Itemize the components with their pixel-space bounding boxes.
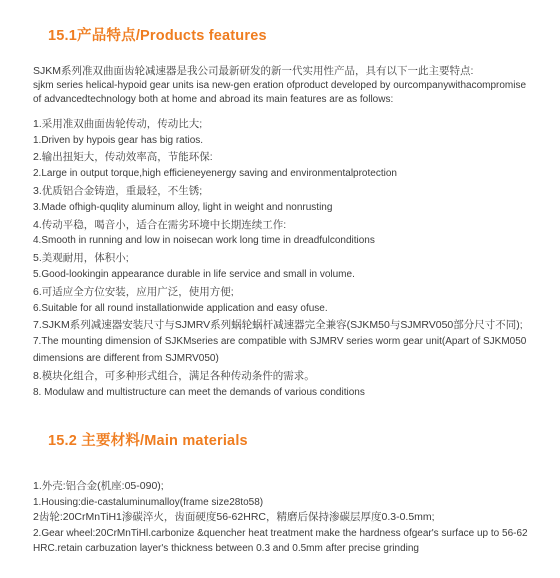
feature-3-en: 3.Made ofhigh-quqlity aluminum alloy, li… (33, 200, 535, 217)
feature-5-en: 5.Good-lookingin appearance durable in l… (33, 267, 535, 284)
feature-item-5: 5.美观耐用，体积小; 5.Good-lookingin appearance … (33, 250, 535, 284)
feature-1-en: 1.Driven by hypois gear has big ratios. (33, 133, 535, 150)
intro-text-en: sjkm series helical-hypoid gear units is… (33, 79, 535, 108)
section-151-intro: SJKM系列准双曲面齿轮减速器是我公司最新研发的新一代实用性产品，具有以下一此主… (33, 64, 535, 108)
feature-1-zh: 1.采用准双曲面齿轮传动，传动比大; (33, 116, 535, 133)
feature-item-6: 6.可适应全方位安装，应用广泛，使用方便; 6.Suitable for all… (33, 284, 535, 318)
intro-text-zh: SJKM系列准双曲面齿轮减速器是我公司最新研发的新一代实用性产品，具有以下一此主… (33, 64, 535, 79)
materials-list: 1.外壳:铝合金(机座:05-090); 1.Housing:die-casta… (33, 479, 535, 556)
material-2-en: 2.Gear wheel:20CrMnTiHl.carbonize &quenc… (33, 526, 535, 557)
feature-8-zh: 8.模块化组合，可多种形式组合，满足各种传动条件的需求。 (33, 368, 535, 385)
feature-2-en: 2.Large in output torque,high efficieney… (33, 166, 535, 183)
feature-6-zh: 6.可适应全方位安装，应用广泛，使用方便; (33, 284, 535, 301)
feature-5-zh: 5.美观耐用，体积小; (33, 250, 535, 267)
feature-2-zh: 2.输出扭矩大，传动效率高，节能环保: (33, 149, 535, 166)
feature-item-7: 7.SJKM系列减速器安装尺寸与SJMRV系列蜗轮蜗杆减速器完全兼容(SJKM5… (33, 317, 535, 367)
feature-item-4: 4.传动平稳，喝音小，适合在需劣环境中长期连续工作: 4.Smooth in r… (33, 217, 535, 251)
feature-item-3: 3.优质铝合金铸造，重最轻，不生锈; 3.Made ofhigh-quqlity… (33, 183, 535, 217)
feature-7-zh: 7.SJKM系列减速器安装尺寸与SJMRV系列蜗轮蜗杆减速器完全兼容(SJKM5… (33, 317, 535, 334)
feature-4-zh: 4.传动平稳，喝音小，适合在需劣环境中长期连续工作: (33, 217, 535, 234)
feature-item-2: 2.输出扭矩大，传动效率高，节能环保: 2.Large in output to… (33, 149, 535, 183)
feature-4-en: 4.Smooth in running and low in noisecan … (33, 233, 535, 250)
feature-7-en: 7.The mounting dimension of SJKMseries a… (33, 334, 535, 368)
feature-8-en: 8. Modulaw and multistructure can meet t… (33, 385, 535, 402)
material-2-zh: 2齿轮:20CrMnTiH1渗碳淬火，齿面硬度56-62HRC，精磨后保持渗碳层… (33, 510, 535, 525)
material-1-en: 1.Housing:die-castaluminumalloy(frame si… (33, 495, 535, 510)
material-item-1: 1.外壳:铝合金(机座:05-090); 1.Housing:die-casta… (33, 479, 535, 510)
page-content: 15.1产品特点/Products features SJKM系列准双曲面齿轮减… (0, 0, 560, 556)
features-list: 1.采用准双曲面齿轮传动，传动比大; 1.Driven by hypois ge… (33, 116, 535, 402)
feature-item-8: 8.模块化组合，可多种形式组合，满足各种传动条件的需求。 8. Modulaw … (33, 368, 535, 402)
feature-3-zh: 3.优质铝合金铸造，重最轻，不生锈; (33, 183, 535, 200)
document-page: 15.1产品特点/Products features SJKM系列准双曲面齿轮减… (0, 0, 560, 578)
material-1-zh: 1.外壳:铝合金(机座:05-090); (33, 479, 535, 494)
material-item-2: 2齿轮:20CrMnTiH1渗碳淬火，齿面硬度56-62HRC，精磨后保持渗碳层… (33, 510, 535, 556)
section-152-heading: 15.2 主要材料/Main materials (48, 429, 535, 450)
feature-6-en: 6.Suitable for all round installationwid… (33, 301, 535, 318)
section-151-heading: 15.1产品特点/Products features (48, 0, 535, 45)
feature-item-1: 1.采用准双曲面齿轮传动，传动比大; 1.Driven by hypois ge… (33, 116, 535, 150)
